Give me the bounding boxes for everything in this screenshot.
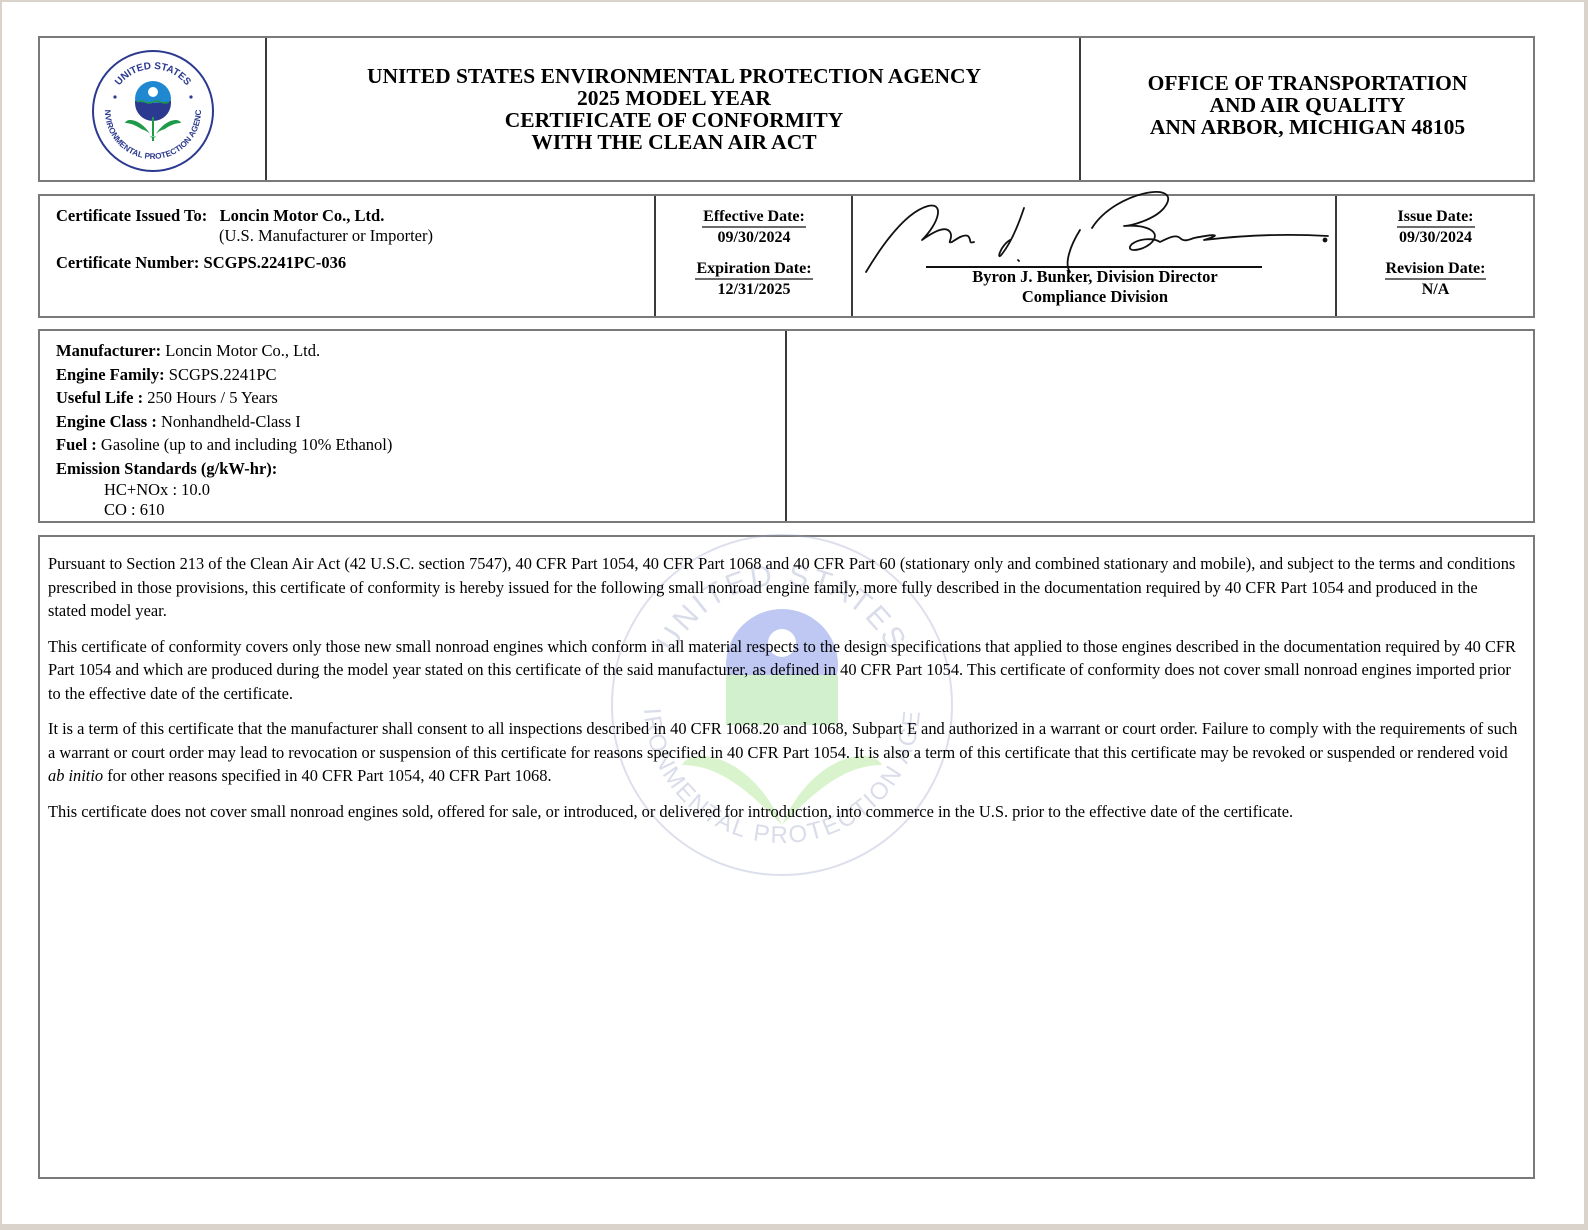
header-divider-1 (265, 38, 267, 180)
fuel-value: Gasoline (up to and including 10% Ethano… (101, 435, 392, 454)
title-line: CERTIFICATE OF CONFORMITY (505, 109, 843, 131)
certificate-info-box: Certificate Issued To: Loncin Motor Co.,… (38, 194, 1535, 318)
engine-box-divider (785, 331, 787, 521)
issue-dates: Issue Date: 09/30/2024 Revision Date: N/… (1338, 196, 1533, 316)
engine-family-value: SCGPS.2241PC (169, 365, 277, 384)
office-address: OFFICE OF TRANSPORTATION AND AIR QUALITY… (1082, 38, 1533, 180)
title-line: 2025 MODEL YEAR (577, 87, 771, 109)
signatory-division: Compliance Division (854, 287, 1336, 307)
cert-divider-3 (1335, 196, 1337, 316)
certificate-title: UNITED STATES ENVIRONMENTAL PROTECTION A… (268, 38, 1080, 180)
fuel-row: Fuel : Gasoline (up to and including 10%… (56, 433, 392, 457)
validity-dates: Effective Date: 09/30/2024 Expiration Da… (656, 196, 852, 316)
terms-box: UNITED STATES ENVIRONMENTAL PROTECTION A… (38, 535, 1535, 1179)
useful-life-value: 250 Hours / 5 Years (147, 388, 278, 407)
manufacturer-row: Manufacturer: Loncin Motor Co., Ltd. (56, 339, 392, 363)
epa-seal-icon: UNITED STATES ENVIRONMENTAL PROTECTION A… (91, 49, 215, 173)
certificate-page: UNITED STATES ENVIRONMENTAL PROTECTION A… (2, 2, 1584, 1224)
expiration-date: 12/31/2025 (656, 280, 852, 300)
revision-date-label: Revision Date: (1385, 259, 1487, 280)
engine-family-row: Engine Family: SCGPS.2241PC (56, 363, 392, 387)
issued-to-block: Certificate Issued To: Loncin Motor Co.,… (56, 206, 433, 273)
header-box: UNITED STATES ENVIRONMENTAL PROTECTION A… (38, 36, 1535, 182)
paragraph-authority: Pursuant to Section 213 of the Clean Air… (48, 552, 1519, 623)
engine-class-value: Nonhandheld-Class I (161, 412, 301, 431)
standard-row: HC+NOx : 10.0 (56, 480, 392, 500)
signature-block: Byron J. Bunker, Division Director Compl… (854, 196, 1336, 316)
paragraph-inspections: It is a term of this certificate that th… (48, 717, 1519, 788)
issue-date-label: Issue Date: (1397, 207, 1475, 228)
standard-row: CO : 610 (56, 500, 392, 520)
office-line: AND AIR QUALITY (1210, 94, 1406, 116)
logo-cell: UNITED STATES ENVIRONMENTAL PROTECTION A… (40, 38, 266, 180)
revision-date: N/A (1338, 280, 1533, 300)
signatory: Byron J. Bunker, Division Director Compl… (854, 267, 1336, 307)
certificate-number: SCGPS.2241PC-036 (204, 253, 347, 272)
emission-standards-label: Emission Standards (g/kW-hr): (56, 457, 392, 481)
issued-to-value: Loncin Motor Co., Ltd. (220, 206, 385, 225)
header-divider-2 (1079, 38, 1081, 180)
engine-class-row: Engine Class : Nonhandheld-Class I (56, 410, 392, 434)
engine-details: Manufacturer: Loncin Motor Co., Ltd. Eng… (56, 339, 392, 520)
office-line: ANN ARBOR, MICHIGAN 48105 (1150, 116, 1465, 138)
title-line: WITH THE CLEAN AIR ACT (531, 131, 816, 153)
paragraph-coverage: This certificate of conformity covers on… (48, 635, 1519, 706)
paragraph-exclusion: This certificate does not cover small no… (48, 800, 1519, 824)
signatory-name: Byron J. Bunker, Division Director (854, 267, 1336, 287)
issued-to-note: (U.S. Manufacturer or Importer) (56, 226, 433, 246)
expiration-date-label: Expiration Date: (695, 259, 812, 280)
manufacturer-value: Loncin Motor Co., Ltd. (165, 341, 320, 360)
certificate-number-label: Certificate Number: (56, 253, 199, 272)
cert-divider-2 (851, 196, 853, 316)
effective-date: 09/30/2024 (656, 228, 852, 248)
terms-text: Pursuant to Section 213 of the Clean Air… (48, 552, 1519, 835)
useful-life-row: Useful Life : 250 Hours / 5 Years (56, 386, 392, 410)
engine-info-box: Manufacturer: Loncin Motor Co., Ltd. Eng… (38, 329, 1535, 523)
issued-to-label: Certificate Issued To: (56, 206, 207, 225)
office-line: OFFICE OF TRANSPORTATION (1148, 72, 1468, 94)
title-line: UNITED STATES ENVIRONMENTAL PROTECTION A… (367, 65, 981, 87)
issue-date: 09/30/2024 (1338, 228, 1533, 248)
effective-date-label: Effective Date: (702, 207, 806, 228)
